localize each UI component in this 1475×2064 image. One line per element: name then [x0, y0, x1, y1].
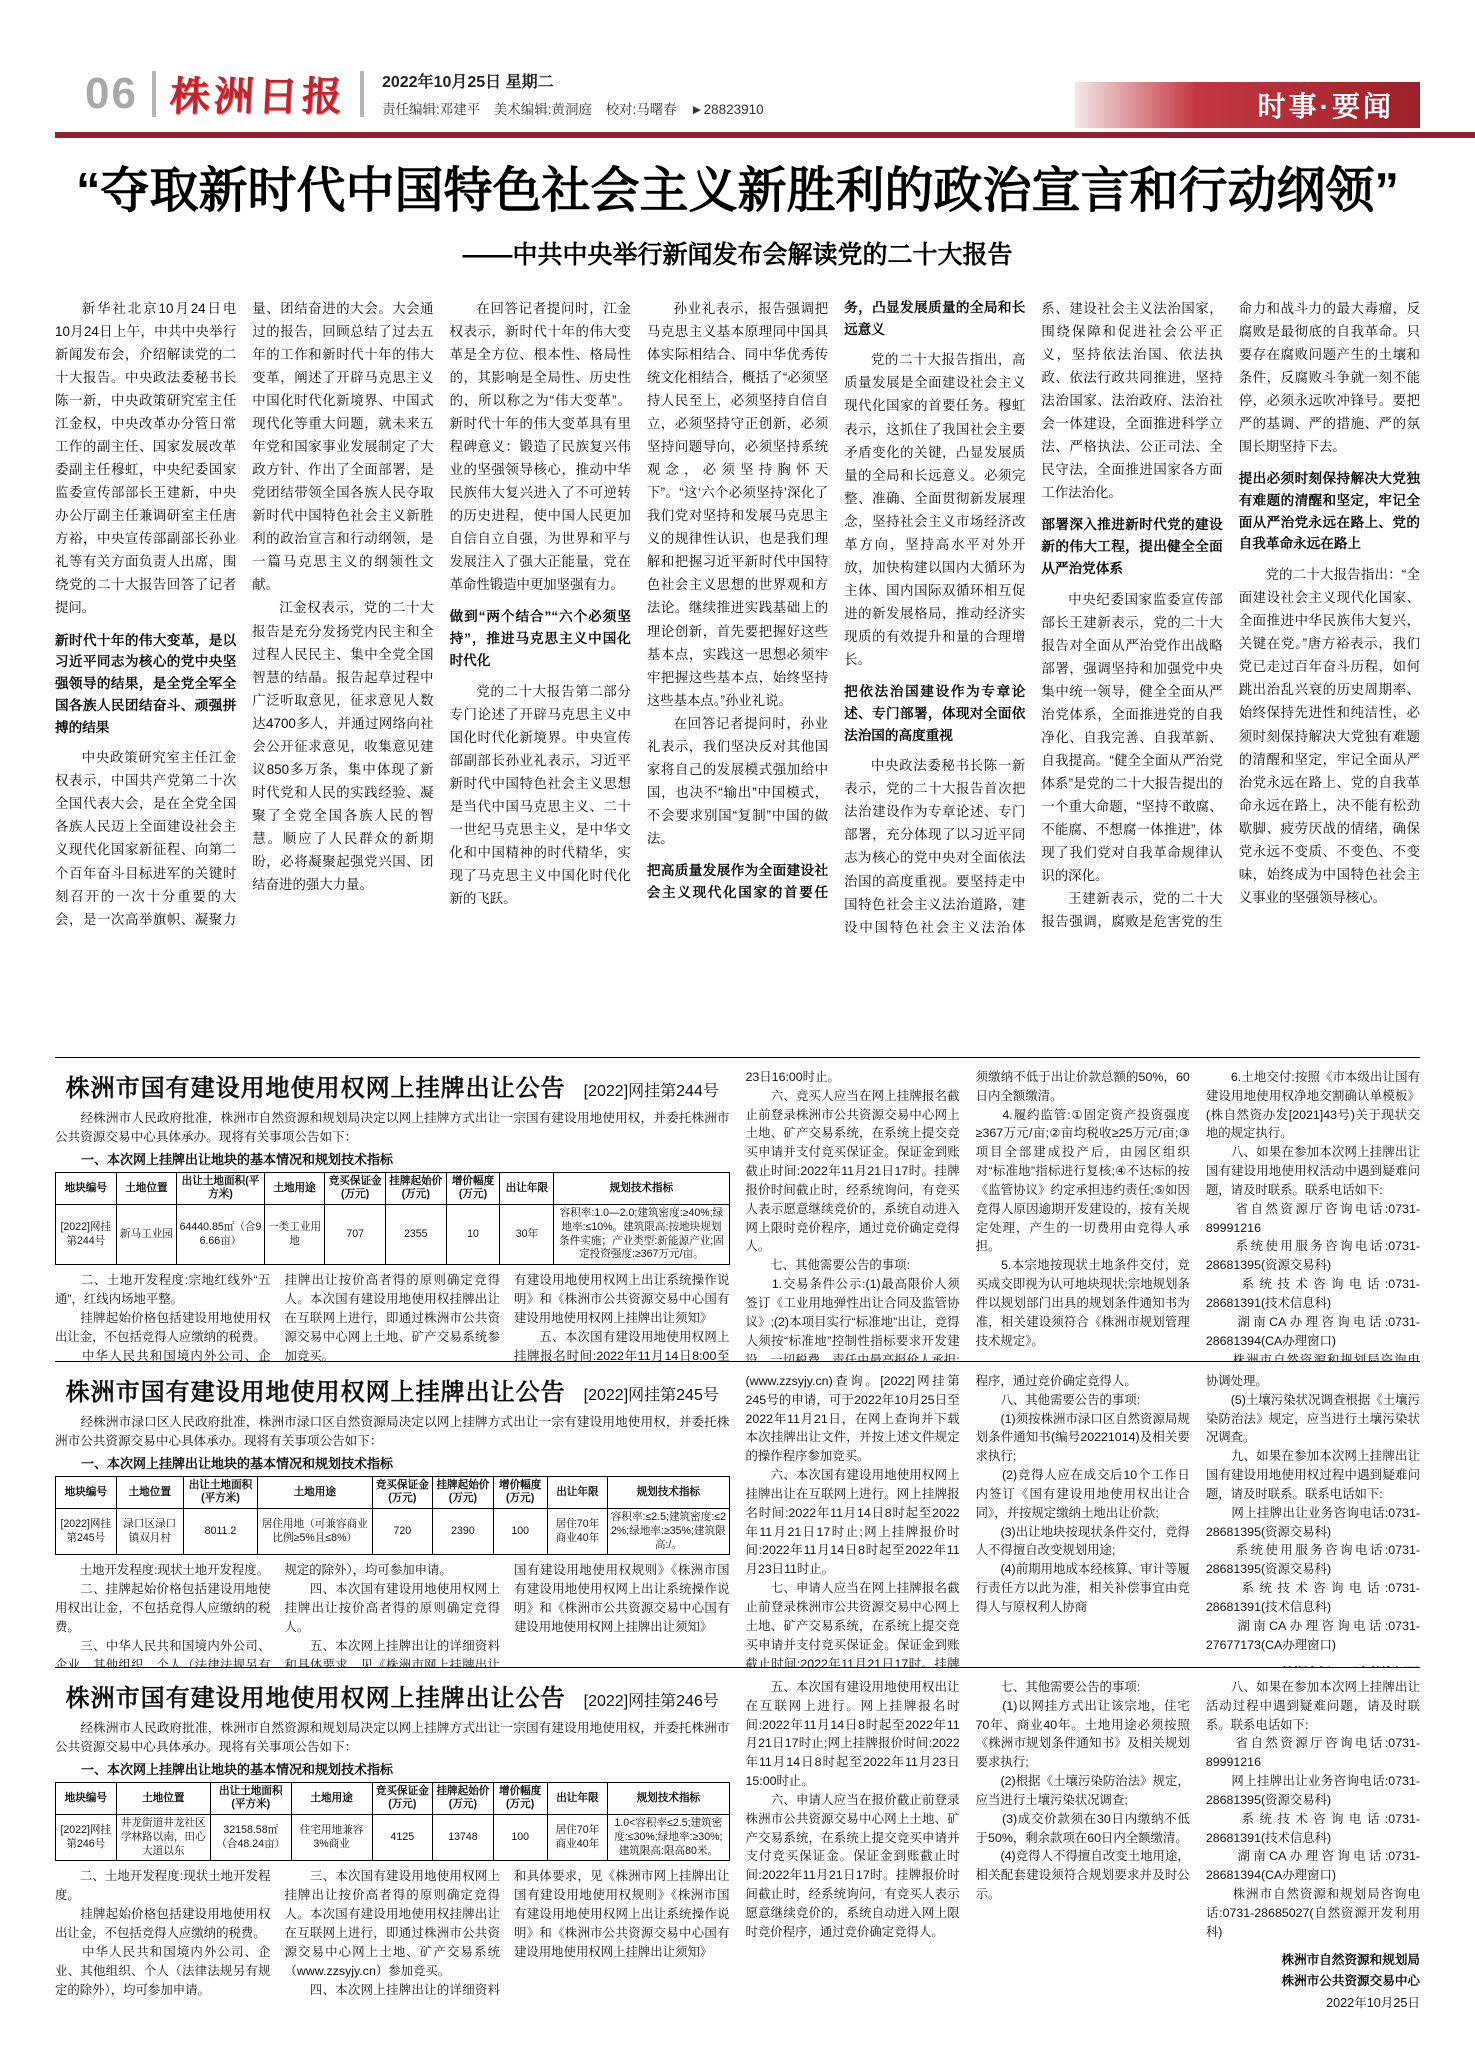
notice-title: 株洲市国有建设用地使用权网上挂牌出让公告 [66, 1372, 566, 1407]
notice-number: [2022]网挂第246号 [584, 1688, 719, 1711]
page-number: 06 [85, 69, 138, 119]
signing-agency: 株洲市自然资源和规划局 [1206, 1950, 1420, 1971]
col-header: 增价幅度(万元) [446, 1172, 500, 1205]
table-row: [2022]网挂第246号 井龙街道井龙社区学林路以南，田心大道以东 32158… [56, 1815, 730, 1861]
notice-body-left: 二、土地开发程度:现状土地开发程度。 挂牌起始价格包括建设用地使用权出让金，不包… [55, 1867, 730, 1999]
article-paragraph: 新华社北京10月24日电 10月24日上午，中共中央举行新闻发布会，介绍解读党的… [55, 297, 236, 620]
notice-246-left: 株洲市国有建设用地使用权网上挂牌出让公告 [2022]网挂第246号 经株洲市人… [55, 1678, 730, 2013]
article-subhead: 把依法治国建设作为专章论述、专门部署，体现对全面依法治国的高度重视 [844, 681, 1025, 746]
notice-body-left: 土地开发程度:现状土地开发程度。 二、挂牌起始价格包括建设用地使用权出让金，不包… [55, 1561, 730, 1666]
cell-area: 8011.2 [183, 1509, 257, 1555]
col-header: 出让年限 [500, 1172, 554, 1205]
article-paragraph: 在回答记者提问时，江金权表示，新时代十年的伟大变革是全方位、根本性、格局性的，其… [450, 297, 631, 597]
land-table-245: 地块编号 土地位置 出让土地面积(平方米) 土地用途 竞买保证金(万元) 挂牌起… [55, 1476, 730, 1556]
article-subhead: 提出必须时刻保持解决大党独有难题的清醒和坚定，牢记全面从严治党永远在路上、党的自… [1239, 468, 1420, 555]
land-notice-245: 株洲市国有建设用地使用权网上挂牌出让公告 [2022]网挂第245号 经株洲市渌… [55, 1361, 1420, 1667]
cell-deposit: 707 [325, 1205, 386, 1265]
notice-244-left: 株洲市国有建设用地使用权网上挂牌出让公告 [2022]网挂第244号 经株洲市人… [55, 1068, 730, 1361]
main-headline: “夺取新时代中国特色社会主义新胜利的政治宣言和行动纲领” [55, 164, 1420, 219]
cell-term: 30年 [500, 1205, 554, 1265]
article-paragraph: 在回答记者提问时，孙业礼表示，我们坚决反对其他国家将自己的发展模式强加给中国，也… [647, 712, 828, 850]
cell-start-price: 2390 [433, 1509, 494, 1555]
col-header: 挂牌起始价(万元) [433, 1782, 494, 1815]
cell-location: 渌口区渌口镇双月村 [116, 1509, 183, 1555]
cell-planning-spec: 1.0<容积率≤2.5;建筑密度:≤30%;绿地率:≥30%;建筑限高:限高80… [608, 1815, 729, 1861]
cell-planning-spec: 容积率:1.0—2.0;建筑密度:≥40%;绿地率:≤10%。建筑限高:按地块规… [554, 1205, 729, 1265]
col-header: 出让土地面积(平方米) [210, 1782, 291, 1815]
cell-location: 井龙街道井龙社区学林路以南，田心大道以东 [116, 1815, 210, 1861]
col-header: 竞买保证金(万元) [372, 1476, 433, 1509]
col-header: 竞买保证金(万元) [325, 1172, 386, 1205]
article-subhead: 部署深入推进新时代党的建设新的伟大工程，提出健全全面从严治党体系 [1041, 514, 1222, 579]
col-header: 规划技术指标 [608, 1782, 729, 1815]
land-notice-244: 株洲市国有建设用地使用权网上挂牌出让公告 [2022]网挂第244号 经株洲市人… [55, 1057, 1420, 1361]
col-header: 出让年限 [547, 1476, 608, 1509]
col-header: 土地位置 [116, 1476, 183, 1509]
masthead: 06 株洲日报 2022年10月25日 星期二 责任编辑:邓建平 美术编辑:黄洞… [55, 0, 1420, 132]
header-rule [55, 132, 1475, 138]
cell-location: 新马工业园 [116, 1205, 177, 1265]
col-header: 规划技术指标 [608, 1476, 729, 1509]
article-paragraph: 孙业礼表示，报告强调把马克思主义基本原理同中国具体实际相结合、同中华优秀传统文化… [647, 297, 828, 712]
cell-planning-spec: 容积率:≤2.5;建筑密度:≤22%;绿地率:≥35%;建筑限高:/。 [608, 1509, 729, 1555]
cell-area: 64440.85㎡（合96.66亩） [177, 1205, 265, 1265]
col-header: 竞买保证金(万元) [372, 1782, 433, 1815]
notice-column-6-text: 八、如果在参加本次网上挂牌出让活动过程中遇到疑难问题，请及时联系。联系电话如下:… [1206, 1678, 1420, 1942]
cell-increment: 100 [493, 1509, 547, 1555]
col-header: 土地位置 [116, 1782, 210, 1815]
notice-title: 株洲市国有建设用地使用权网上挂牌出让公告 [66, 1678, 566, 1713]
section-label: 时事·要闻 [1258, 85, 1394, 125]
article-paragraph: 党的二十大报告指出：“全面建设社会主义现代化国家、全面推进中华民族伟大复兴，关键… [1239, 563, 1420, 909]
notice-column-5: 七、其他需要公告的事项: (1)以网挂方式出让该宗地，住宅70年、商业40年。土… [976, 1678, 1190, 2013]
cell-parcel-no: [2022]网挂第246号 [56, 1815, 117, 1861]
cell-start-price: 13748 [433, 1815, 494, 1861]
cell-use: 住宅用地兼容3%商业 [291, 1815, 372, 1861]
notice-column-4: 五、本次国有建设用地使用权出让在互联网上进行。网上挂牌报名时间:2022年11月… [746, 1678, 960, 2013]
col-header: 规划技术指标 [554, 1172, 729, 1205]
signing-agency: 株洲市公共资源交易中心 [1206, 1971, 1420, 1992]
notice-number: [2022]网挂第245号 [584, 1382, 719, 1405]
col-header: 出让土地面积(平方米) [177, 1172, 265, 1205]
col-header: 土地用途 [264, 1172, 325, 1205]
cell-parcel-no: [2022]网挂第244号 [56, 1205, 117, 1265]
col-header: 出让土地面积(平方米) [183, 1476, 257, 1509]
cell-term: 居住70年 商业40年 [547, 1509, 608, 1555]
land-table-246: 地块编号 土地位置 出让土地面积(平方米) 土地用途 竞买保证金(万元) 挂牌起… [55, 1782, 730, 1862]
col-header: 土地用途 [258, 1476, 372, 1509]
notice-column-4: 23日16:00时止。 六、竞买人应当在网上挂牌报名截止前登录株洲市公共资源交易… [746, 1068, 960, 1361]
notice-section-heading: 一、本次网上挂牌出让地块的基本情况和规划技术指标 [55, 1759, 730, 1778]
cell-use: 居住用地（可兼容商业比例≥5%且≤8%） [258, 1509, 372, 1555]
notice-title: 株洲市国有建设用地使用权网上挂牌出让公告 [66, 1068, 566, 1103]
article-subhead: 新时代十年的伟大变革，是以习近平同志为核心的党中央坚强领导的结果，是全党全军全国… [55, 630, 236, 739]
notice-body-left: 二、土地开发程度:宗地红线外“五通”，红线内场地平整。 挂牌起始价格包括建设用地… [55, 1271, 730, 1361]
notice-column-5: 须缴纳不低于出让价款总额的50%，60日内全额缴清。 4.履约监管:①固定资产投… [976, 1068, 1190, 1361]
article-paragraph: 中央纪委国家监委宣传部部长王建新表示，党的二十大报告对全面从严治党作出战略部署，… [1041, 588, 1222, 888]
date-line: 2022年10月25日 星期二 [382, 69, 764, 92]
article-body: 新华社北京10月24日电 10月24日上午，中共中央举行新闻发布会，介绍解读党的… [55, 297, 1420, 1049]
notice-date: 2022年10月25日 [1206, 1993, 1420, 2013]
notice-intro: 经株洲市人民政府批准，株洲市自然资源和规划局决定以网上挂牌方式出让一宗国有建设用… [55, 1109, 730, 1147]
sub-headline: ——中共中央举行新闻发布会解读党的二十大报告 [55, 235, 1420, 271]
col-header: 地块编号 [56, 1476, 117, 1509]
editor-line: 责任编辑:邓建平 美术编辑:黄洞庭 校对:马曙春 ►28823910 [382, 98, 764, 118]
divider-bar [360, 71, 364, 117]
notice-column-6-text: 协调处理。 (5)土壤污染状况调查根据《土壤污染防治法》规定，应当进行土壤污染状… [1206, 1372, 1420, 1655]
col-header: 土地位置 [116, 1172, 177, 1205]
cell-deposit: 720 [372, 1509, 433, 1555]
notice-column-6: 八、如果在参加本次网上挂牌出让活动过程中遇到疑难问题，请及时联系。联系电话如下:… [1206, 1678, 1420, 2013]
notice-column-6: 协调处理。 (5)土壤污染状况调查根据《土壤污染防治法》规定，应当进行土壤污染状… [1206, 1372, 1420, 1667]
land-table-244: 地块编号 土地位置 出让土地面积(平方米) 土地用途 竞买保证金(万元) 挂牌起… [55, 1172, 730, 1266]
article-paragraph: 党的二十大报告指出，高质量发展是全面建设社会主义现代化国家的首要任务。穆虹表示，… [844, 348, 1025, 671]
col-header: 地块编号 [56, 1172, 117, 1205]
notice-intro: 经株洲市人民政府批准，株洲市自然资源和规划局决定以网上挂牌方式出让一宗国有建设用… [55, 1719, 730, 1757]
notice-section-heading: 一、本次网上挂牌出让地块的基本情况和规划技术指标 [55, 1149, 730, 1168]
notice-column-4: (www.zzsyjy.cn)查询。[2022]网挂第245号的申请，可于202… [746, 1372, 960, 1667]
col-header: 地块编号 [56, 1782, 117, 1815]
col-header: 出让年限 [547, 1782, 608, 1815]
notice-intro: 经株洲市渌口区人民政府批准，株洲市渌口区自然资源局决定以网上挂牌方式出让一宗有建… [55, 1413, 730, 1451]
notice-column-5: 程序，通过竞价确定竞得人。 八、其他需要公告的事项: (1)须按株洲市渌口区自然… [976, 1372, 1190, 1667]
table-row: [2022]网挂第245号 渌口区渌口镇双月村 8011.2 居住用地（可兼容商… [56, 1509, 730, 1555]
notice-column-6-text: 6.土地交付:按照《市本级出让国有建设用地使用权净地交割确认单模板》(株自然资办… [1206, 1068, 1420, 1361]
notice-245-left: 株洲市国有建设用地使用权网上挂牌出让公告 [2022]网挂第245号 经株洲市渌… [55, 1372, 730, 1667]
cell-term: 居住70年 商业40年 [547, 1815, 608, 1861]
notice-column-6: 6.土地交付:按照《市本级出让国有建设用地使用权净地交割确认单模板》(株自然资办… [1206, 1068, 1420, 1361]
notice-number: [2022]网挂第244号 [584, 1078, 719, 1101]
cell-increment: 10 [446, 1205, 500, 1265]
col-header: 增价幅度(万元) [493, 1476, 547, 1509]
cell-area: 32158.58㎡（合48.24亩） [210, 1815, 291, 1861]
divider-bar [152, 71, 156, 117]
notice-section-heading: 一、本次网上挂牌出让地块的基本情况和规划技术指标 [55, 1453, 730, 1472]
notice-signature: 株洲市自然资源和规划局 株洲市公共资源交易中心 2022年10月25日 [1206, 1950, 1420, 2013]
cell-increment: 100 [493, 1815, 547, 1861]
article-paragraph: 党的二十大报告第二部分专门论述了开辟马克思主义中国化时代化新境界。中央宣传部副部… [450, 680, 631, 910]
cell-use: 一类工业用地 [264, 1205, 325, 1265]
section-banner: 时事·要闻 [1075, 82, 1420, 128]
cell-parcel-no: [2022]网挂第245号 [56, 1509, 117, 1555]
article-paragraph: 江金权表示，党的二十大报告是充分发扬党内民主和全过程人民民主、集中全党全国智慧的… [252, 596, 433, 896]
article-subhead: 做到“两个结合”“六个必须坚持”，推进马克思主义中国化时代化 [450, 606, 631, 671]
col-header: 增价幅度(万元) [493, 1782, 547, 1815]
cell-start-price: 2355 [385, 1205, 446, 1265]
col-header: 土地用途 [291, 1782, 372, 1815]
land-notice-246: 株洲市国有建设用地使用权网上挂牌出让公告 [2022]网挂第246号 经株洲市人… [55, 1667, 1420, 2013]
col-header: 挂牌起始价(万元) [385, 1172, 446, 1205]
table-row: [2022]网挂第244号 新马工业园 64440.85㎡（合96.66亩） 一… [56, 1205, 730, 1265]
newspaper-page: 06 株洲日报 2022年10月25日 星期二 责任编辑:邓建平 美术编辑:黄洞… [0, 0, 1475, 2064]
newspaper-logo: 株洲日报 [168, 65, 347, 122]
col-header: 挂牌起始价(万元) [433, 1476, 494, 1509]
cell-deposit: 4125 [372, 1815, 433, 1861]
